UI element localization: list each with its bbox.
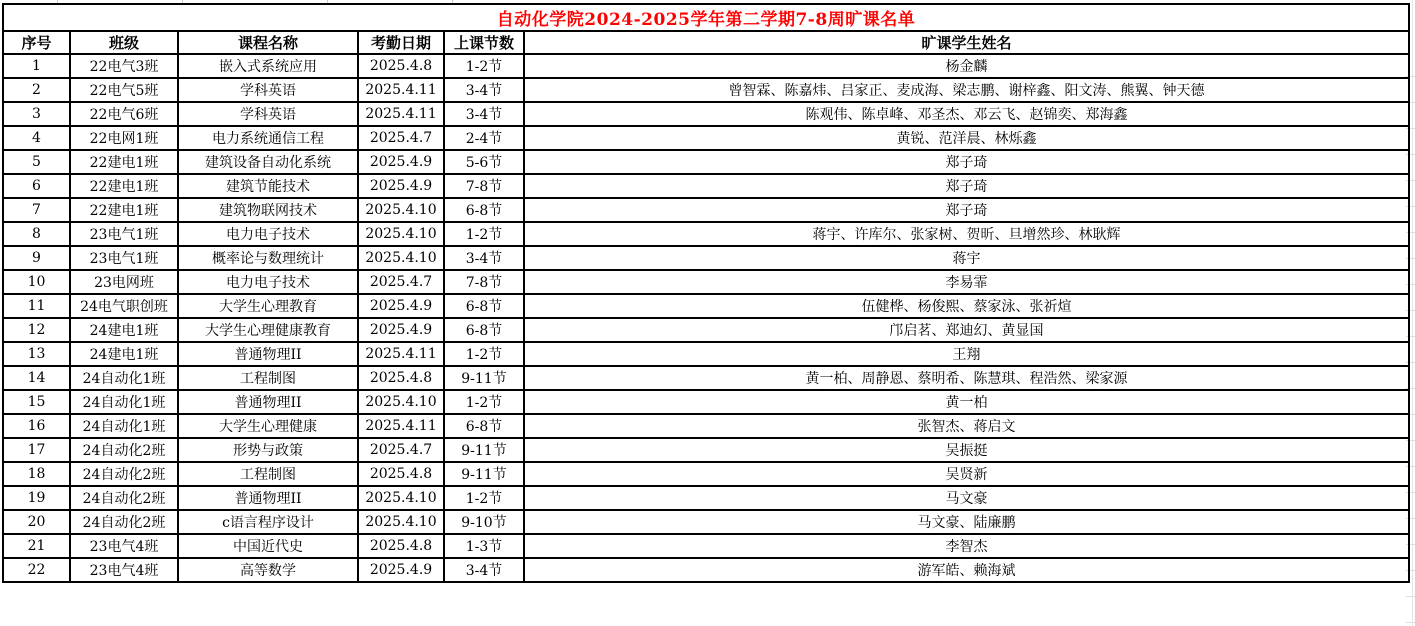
row-number-cell: 14 xyxy=(3,366,70,390)
date-cell: 2025.4.7 xyxy=(358,438,444,462)
table-row: 2 22电气5班 学科英语 2025.4.11 3-4节 曾智霖、陈嘉炜、吕家正… xyxy=(3,78,1409,102)
absence-roster-sheet: 自动化学院2024-2025学年第二学期7-8周旷课名单 序号 班级 课程名称 … xyxy=(0,0,1415,626)
class-cell: 22建电1班 xyxy=(70,174,178,198)
row-number-cell: 11 xyxy=(3,294,70,318)
class-cell: 24自动化2班 xyxy=(70,438,178,462)
students-cell: 黄一柏、周静恩、蔡明希、陈慧琪、程浩然、梁家源 xyxy=(524,366,1409,390)
students-cell: 郑子琦 xyxy=(524,150,1409,174)
col-header-periods: 上课节数 xyxy=(444,31,524,54)
class-cell: 24自动化1班 xyxy=(70,366,178,390)
periods-cell: 1-3节 xyxy=(444,534,524,558)
date-cell: 2025.4.11 xyxy=(358,102,444,126)
course-cell: 学科英语 xyxy=(178,78,358,102)
periods-cell: 9-11节 xyxy=(444,366,524,390)
date-cell: 2025.4.9 xyxy=(358,294,444,318)
table-row: 21 23电气4班 中国近代史 2025.4.8 1-3节 李智杰 xyxy=(3,534,1409,558)
date-cell: 2025.4.7 xyxy=(358,270,444,294)
periods-cell: 3-4节 xyxy=(444,78,524,102)
course-cell: 建筑节能技术 xyxy=(178,174,358,198)
students-cell: 曾智霖、陈嘉炜、吕家正、麦成海、梁志鹏、谢梓鑫、阳文涛、熊翼、钟天德 xyxy=(524,78,1409,102)
course-cell: 大学生心理健康教育 xyxy=(178,318,358,342)
row-number-cell: 22 xyxy=(3,558,70,582)
row-number-cell: 20 xyxy=(3,510,70,534)
course-cell: 概率论与数理统计 xyxy=(178,246,358,270)
course-cell: 建筑物联网技术 xyxy=(178,198,358,222)
periods-cell: 1-2节 xyxy=(444,54,524,78)
table-row: 5 22建电1班 建筑设备自动化系统 2025.4.9 5-6节 郑子琦 xyxy=(3,150,1409,174)
date-cell: 2025.4.9 xyxy=(358,318,444,342)
date-cell: 2025.4.10 xyxy=(358,246,444,270)
periods-cell: 7-8节 xyxy=(444,270,524,294)
table-row: 4 22电网1班 电力系统通信工程 2025.4.7 2-4节 黄锐、范洋晨、林… xyxy=(3,126,1409,150)
students-cell: 王翔 xyxy=(524,342,1409,366)
students-cell: 李智杰 xyxy=(524,534,1409,558)
periods-cell: 1-2节 xyxy=(444,342,524,366)
class-cell: 23电气1班 xyxy=(70,222,178,246)
periods-cell: 9-11节 xyxy=(444,462,524,486)
students-cell: 吴振挺 xyxy=(524,438,1409,462)
course-cell: 大学生心理健康 xyxy=(178,414,358,438)
students-cell: 陈观伟、陈卓峰、邓圣杰、邓云飞、赵锦奕、郑海鑫 xyxy=(524,102,1409,126)
course-cell: 建筑设备自动化系统 xyxy=(178,150,358,174)
row-number-cell: 12 xyxy=(3,318,70,342)
class-cell: 24自动化1班 xyxy=(70,414,178,438)
date-cell: 2025.4.10 xyxy=(358,510,444,534)
periods-cell: 6-8节 xyxy=(444,318,524,342)
periods-cell: 3-4节 xyxy=(444,246,524,270)
students-cell: 马文豪、陆廉鹏 xyxy=(524,510,1409,534)
row-number-cell: 16 xyxy=(3,414,70,438)
course-cell: 工程制图 xyxy=(178,462,358,486)
periods-cell: 6-8节 xyxy=(444,294,524,318)
students-cell: 蒋宇 xyxy=(524,246,1409,270)
table-row: 19 24自动化2班 普通物理II 2025.4.10 1-2节 马文豪 xyxy=(3,486,1409,510)
course-cell: 电力电子技术 xyxy=(178,270,358,294)
course-cell: 大学生心理教育 xyxy=(178,294,358,318)
class-cell: 22电气5班 xyxy=(70,78,178,102)
periods-cell: 3-4节 xyxy=(444,102,524,126)
row-number-cell: 9 xyxy=(3,246,70,270)
table-row: 6 22建电1班 建筑节能技术 2025.4.9 7-8节 郑子琦 xyxy=(3,174,1409,198)
row-number-cell: 8 xyxy=(3,222,70,246)
class-cell: 22电气3班 xyxy=(70,54,178,78)
table-header-row: 序号 班级 课程名称 考勤日期 上课节数 旷课学生姓名 xyxy=(3,31,1409,54)
table-row: 15 24自动化1班 普通物理II 2025.4.10 1-2节 黄一柏 xyxy=(3,390,1409,414)
date-cell: 2025.4.8 xyxy=(358,534,444,558)
periods-cell: 1-2节 xyxy=(444,486,524,510)
date-cell: 2025.4.10 xyxy=(358,198,444,222)
row-number-cell: 3 xyxy=(3,102,70,126)
students-cell: 郑子琦 xyxy=(524,198,1409,222)
class-cell: 23电气1班 xyxy=(70,246,178,270)
course-cell: 形势与政策 xyxy=(178,438,358,462)
absence-table: 自动化学院2024-2025学年第二学期7-8周旷课名单 序号 班级 课程名称 … xyxy=(2,3,1410,583)
row-number-cell: 19 xyxy=(3,486,70,510)
table-row: 16 24自动化1班 大学生心理健康 2025.4.11 6-8节 张智杰、蒋启… xyxy=(3,414,1409,438)
row-number-cell: 21 xyxy=(3,534,70,558)
date-cell: 2025.4.11 xyxy=(358,78,444,102)
date-cell: 2025.4.9 xyxy=(358,558,444,582)
students-cell: 马文豪 xyxy=(524,486,1409,510)
table-row: 14 24自动化1班 工程制图 2025.4.8 9-11节 黄一柏、周静恩、蔡… xyxy=(3,366,1409,390)
class-cell: 23电气4班 xyxy=(70,534,178,558)
students-cell: 张智杰、蒋启文 xyxy=(524,414,1409,438)
row-number-cell: 17 xyxy=(3,438,70,462)
date-cell: 2025.4.9 xyxy=(358,174,444,198)
date-cell: 2025.4.10 xyxy=(358,390,444,414)
col-header-date: 考勤日期 xyxy=(358,31,444,54)
periods-cell: 7-8节 xyxy=(444,174,524,198)
students-cell: 伍健桦、杨俊熙、蔡家泳、张祈煊 xyxy=(524,294,1409,318)
col-header-no: 序号 xyxy=(3,31,70,54)
periods-cell: 6-8节 xyxy=(444,198,524,222)
periods-cell: 1-2节 xyxy=(444,222,524,246)
class-cell: 24建电1班 xyxy=(70,318,178,342)
date-cell: 2025.4.9 xyxy=(358,150,444,174)
date-cell: 2025.4.10 xyxy=(358,486,444,510)
course-cell: 普通物理II xyxy=(178,342,358,366)
col-header-class: 班级 xyxy=(70,31,178,54)
table-title-row: 自动化学院2024-2025学年第二学期7-8周旷课名单 xyxy=(3,4,1409,31)
row-number-cell: 18 xyxy=(3,462,70,486)
students-cell: 李易霏 xyxy=(524,270,1409,294)
periods-cell: 2-4节 xyxy=(444,126,524,150)
course-cell: 学科英语 xyxy=(178,102,358,126)
date-cell: 2025.4.8 xyxy=(358,54,444,78)
students-cell: 吴贤新 xyxy=(524,462,1409,486)
course-cell: 普通物理II xyxy=(178,390,358,414)
class-cell: 24自动化2班 xyxy=(70,462,178,486)
row-number-cell: 1 xyxy=(3,54,70,78)
row-number-cell: 10 xyxy=(3,270,70,294)
class-cell: 24自动化2班 xyxy=(70,510,178,534)
course-cell: 高等数学 xyxy=(178,558,358,582)
date-cell: 2025.4.11 xyxy=(358,414,444,438)
table-row: 10 23电网班 电力电子技术 2025.4.7 7-8节 李易霏 xyxy=(3,270,1409,294)
course-cell: 中国近代史 xyxy=(178,534,358,558)
class-cell: 22电网1班 xyxy=(70,126,178,150)
course-cell: 普通物理II xyxy=(178,486,358,510)
date-cell: 2025.4.10 xyxy=(358,222,444,246)
periods-cell: 9-11节 xyxy=(444,438,524,462)
table-row: 11 24电气职创班 大学生心理教育 2025.4.9 6-8节 伍健桦、杨俊熙… xyxy=(3,294,1409,318)
class-cell: 22建电1班 xyxy=(70,198,178,222)
course-cell: 电力系统通信工程 xyxy=(178,126,358,150)
course-cell: 工程制图 xyxy=(178,366,358,390)
row-number-cell: 15 xyxy=(3,390,70,414)
class-cell: 23电气4班 xyxy=(70,558,178,582)
students-cell: 黄一柏 xyxy=(524,390,1409,414)
course-cell: 电力电子技术 xyxy=(178,222,358,246)
class-cell: 24自动化1班 xyxy=(70,390,178,414)
table-row: 3 22电气6班 学科英语 2025.4.11 3-4节 陈观伟、陈卓峰、邓圣杰… xyxy=(3,102,1409,126)
date-cell: 2025.4.7 xyxy=(358,126,444,150)
class-cell: 24建电1班 xyxy=(70,342,178,366)
class-cell: 22电气6班 xyxy=(70,102,178,126)
students-cell: 黄锐、范洋晨、林烁鑫 xyxy=(524,126,1409,150)
row-number-cell: 7 xyxy=(3,198,70,222)
table-row: 17 24自动化2班 形势与政策 2025.4.7 9-11节 吴振挺 xyxy=(3,438,1409,462)
date-cell: 2025.4.11 xyxy=(358,342,444,366)
course-cell: c语言程序设计 xyxy=(178,510,358,534)
table-row: 18 24自动化2班 工程制图 2025.4.8 9-11节 吴贤新 xyxy=(3,462,1409,486)
students-cell: 郑子琦 xyxy=(524,174,1409,198)
table-row: 8 23电气1班 电力电子技术 2025.4.10 1-2节 蒋宇、许库尔、张家… xyxy=(3,222,1409,246)
students-cell: 杨金麟 xyxy=(524,54,1409,78)
row-number-cell: 2 xyxy=(3,78,70,102)
periods-cell: 9-10节 xyxy=(444,510,524,534)
date-cell: 2025.4.8 xyxy=(358,366,444,390)
row-number-cell: 6 xyxy=(3,174,70,198)
class-cell: 24自动化2班 xyxy=(70,486,178,510)
table-row: 1 22电气3班 嵌入式系统应用 2025.4.8 1-2节 杨金麟 xyxy=(3,54,1409,78)
course-cell: 嵌入式系统应用 xyxy=(178,54,358,78)
students-cell: 邝启茗、郑迪幻、黄显国 xyxy=(524,318,1409,342)
periods-cell: 1-2节 xyxy=(444,390,524,414)
col-header-course: 课程名称 xyxy=(178,31,358,54)
class-cell: 24电气职创班 xyxy=(70,294,178,318)
row-number-cell: 5 xyxy=(3,150,70,174)
students-cell: 游军皓、赖海斌 xyxy=(524,558,1409,582)
class-cell: 22建电1班 xyxy=(70,150,178,174)
periods-cell: 3-4节 xyxy=(444,558,524,582)
periods-cell: 5-6节 xyxy=(444,150,524,174)
table-row: 20 24自动化2班 c语言程序设计 2025.4.10 9-10节 马文豪、陆… xyxy=(3,510,1409,534)
gridline-right-edge xyxy=(1412,0,1413,626)
periods-cell: 6-8节 xyxy=(444,414,524,438)
date-cell: 2025.4.8 xyxy=(358,462,444,486)
class-cell: 23电网班 xyxy=(70,270,178,294)
page-title: 自动化学院2024-2025学年第二学期7-8周旷课名单 xyxy=(3,4,1409,31)
table-row: 13 24建电1班 普通物理II 2025.4.11 1-2节 王翔 xyxy=(3,342,1409,366)
row-number-cell: 4 xyxy=(3,126,70,150)
table-body: 1 22电气3班 嵌入式系统应用 2025.4.8 1-2节 杨金麟 2 22电… xyxy=(3,54,1409,582)
row-number-cell: 13 xyxy=(3,342,70,366)
students-cell: 蒋宇、许库尔、张家树、贺昕、旦增然珍、林耿辉 xyxy=(524,222,1409,246)
table-row: 12 24建电1班 大学生心理健康教育 2025.4.9 6-8节 邝启茗、郑迪… xyxy=(3,318,1409,342)
table-row: 9 23电气1班 概率论与数理统计 2025.4.10 3-4节 蒋宇 xyxy=(3,246,1409,270)
col-header-students: 旷课学生姓名 xyxy=(524,31,1409,54)
table-row: 7 22建电1班 建筑物联网技术 2025.4.10 6-8节 郑子琦 xyxy=(3,198,1409,222)
table-row: 22 23电气4班 高等数学 2025.4.9 3-4节 游军皓、赖海斌 xyxy=(3,558,1409,582)
